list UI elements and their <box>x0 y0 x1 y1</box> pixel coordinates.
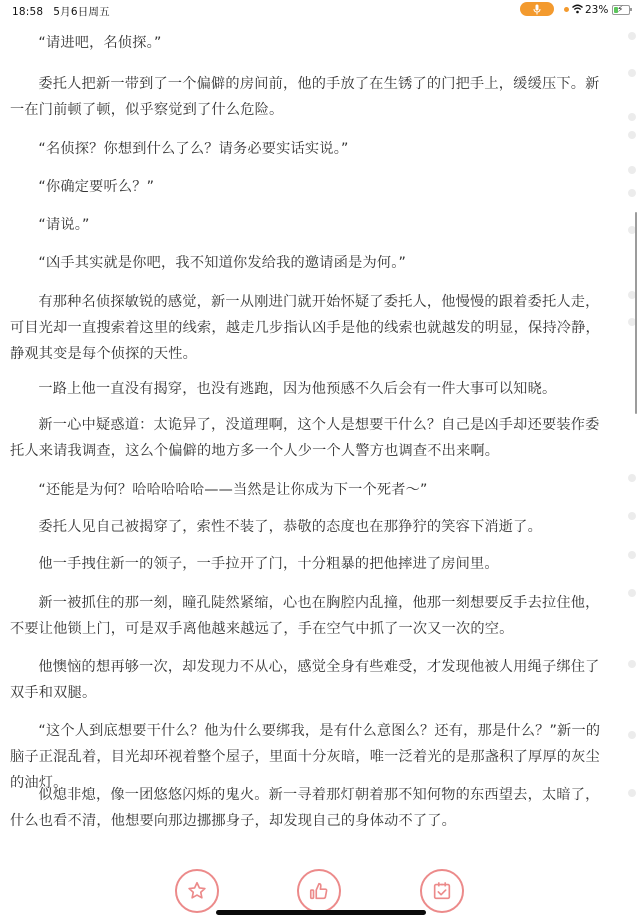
battery-charging-icon: ⚡ <box>612 5 630 15</box>
paragraph: 他懊恼的想再够一次，却发现力不从心，感觉全身有些难受，才发现他被人用绳子绑住了双… <box>10 654 602 706</box>
paragraph: “请说。” <box>10 212 602 238</box>
paragraph-comment-dot[interactable] <box>628 589 636 597</box>
calendar-check-icon <box>431 880 453 902</box>
privacy-indicator-dot <box>564 7 569 12</box>
status-time: 18:58 <box>12 6 43 18</box>
microphone-icon <box>533 4 541 15</box>
battery-percent: 23% <box>585 4 608 16</box>
paragraph-comment-dot[interactable] <box>628 32 636 40</box>
paragraph-comment-dot[interactable] <box>628 731 636 739</box>
paragraph-comment-dot[interactable] <box>628 660 636 668</box>
microphone-indicator[interactable] <box>520 2 554 16</box>
paragraph: “你确定要听么？” <box>10 174 602 200</box>
paragraph: 似熄非熄，像一团悠悠闪烁的鬼火。新一寻着那灯朝着那不知何物的东西望去，太暗了，什… <box>10 782 602 834</box>
status-date: 5月6日周五 <box>53 6 110 18</box>
paragraph-comment-dot[interactable] <box>628 474 636 482</box>
paragraph-comment-dot[interactable] <box>628 551 636 559</box>
paragraph-comment-dot[interactable] <box>628 131 636 139</box>
check-in-button[interactable] <box>420 869 464 913</box>
paragraph: “凶手其实就是你吧，我不知道你发给我的邀请函是为何。” <box>10 250 602 276</box>
battery-tip <box>630 8 632 11</box>
paragraph-comment-dot[interactable] <box>628 512 636 520</box>
star-icon <box>186 880 208 902</box>
paragraph-comment-dot[interactable] <box>628 113 636 121</box>
scrollbar[interactable] <box>635 212 637 414</box>
favorite-button[interactable] <box>175 869 219 913</box>
paragraph: “请进吧，名侦探。” <box>10 30 602 56</box>
status-time-date: 18:585月6日周五 <box>12 4 110 19</box>
paragraph: “名侦探？你想到什么了么？请务必要实话实说。” <box>10 136 602 162</box>
paragraph-comment-dot[interactable] <box>628 789 636 797</box>
like-button[interactable] <box>297 869 341 913</box>
paragraph: 委托人见自己被揭穿了，索性不装了，恭敬的态度也在那狰狞的笑容下消逝了。 <box>10 514 602 540</box>
paragraph: 有那种名侦探敏锐的感觉，新一从刚进门就开始怀疑了委托人，他慢慢的跟着委托人走，可… <box>10 289 602 367</box>
home-indicator[interactable] <box>216 910 426 915</box>
paragraph: 他一手拽住新一的领子，一手拉开了门，十分粗暴的把他摔进了房间里。 <box>10 551 602 577</box>
paragraph-comment-dot[interactable] <box>628 69 636 77</box>
paragraph: 新一被抓住的那一刻，瞳孔陡然紧缩，心也在胸腔内乱撞，他那一刻想要反手去拉住他，不… <box>10 590 602 642</box>
thumbs-up-icon <box>308 880 330 902</box>
wifi-icon <box>572 4 583 14</box>
paragraph-comment-dot[interactable] <box>628 166 636 174</box>
paragraph: 委托人把新一带到了一个偏僻的房间前，他的手放了在生锈了的门把手上，缓缓压下。新一… <box>10 71 602 123</box>
paragraph: 新一心中疑惑道：太诡异了，没道理啊，这个人是想要干什么？自己是凶手却还要装作委托… <box>10 412 602 464</box>
paragraph: “还能是为何？哈哈哈哈哈——当然是让你成为下一个死者～” <box>10 477 602 503</box>
paragraph: 一路上他一直没有揭穿，也没有逃跑，因为他预感不久后会有一件大事可以知晓。 <box>10 376 602 402</box>
paragraph-comment-dot[interactable] <box>628 189 636 197</box>
status-bar: 18:585月6日周五 23% ⚡ <box>0 0 640 22</box>
